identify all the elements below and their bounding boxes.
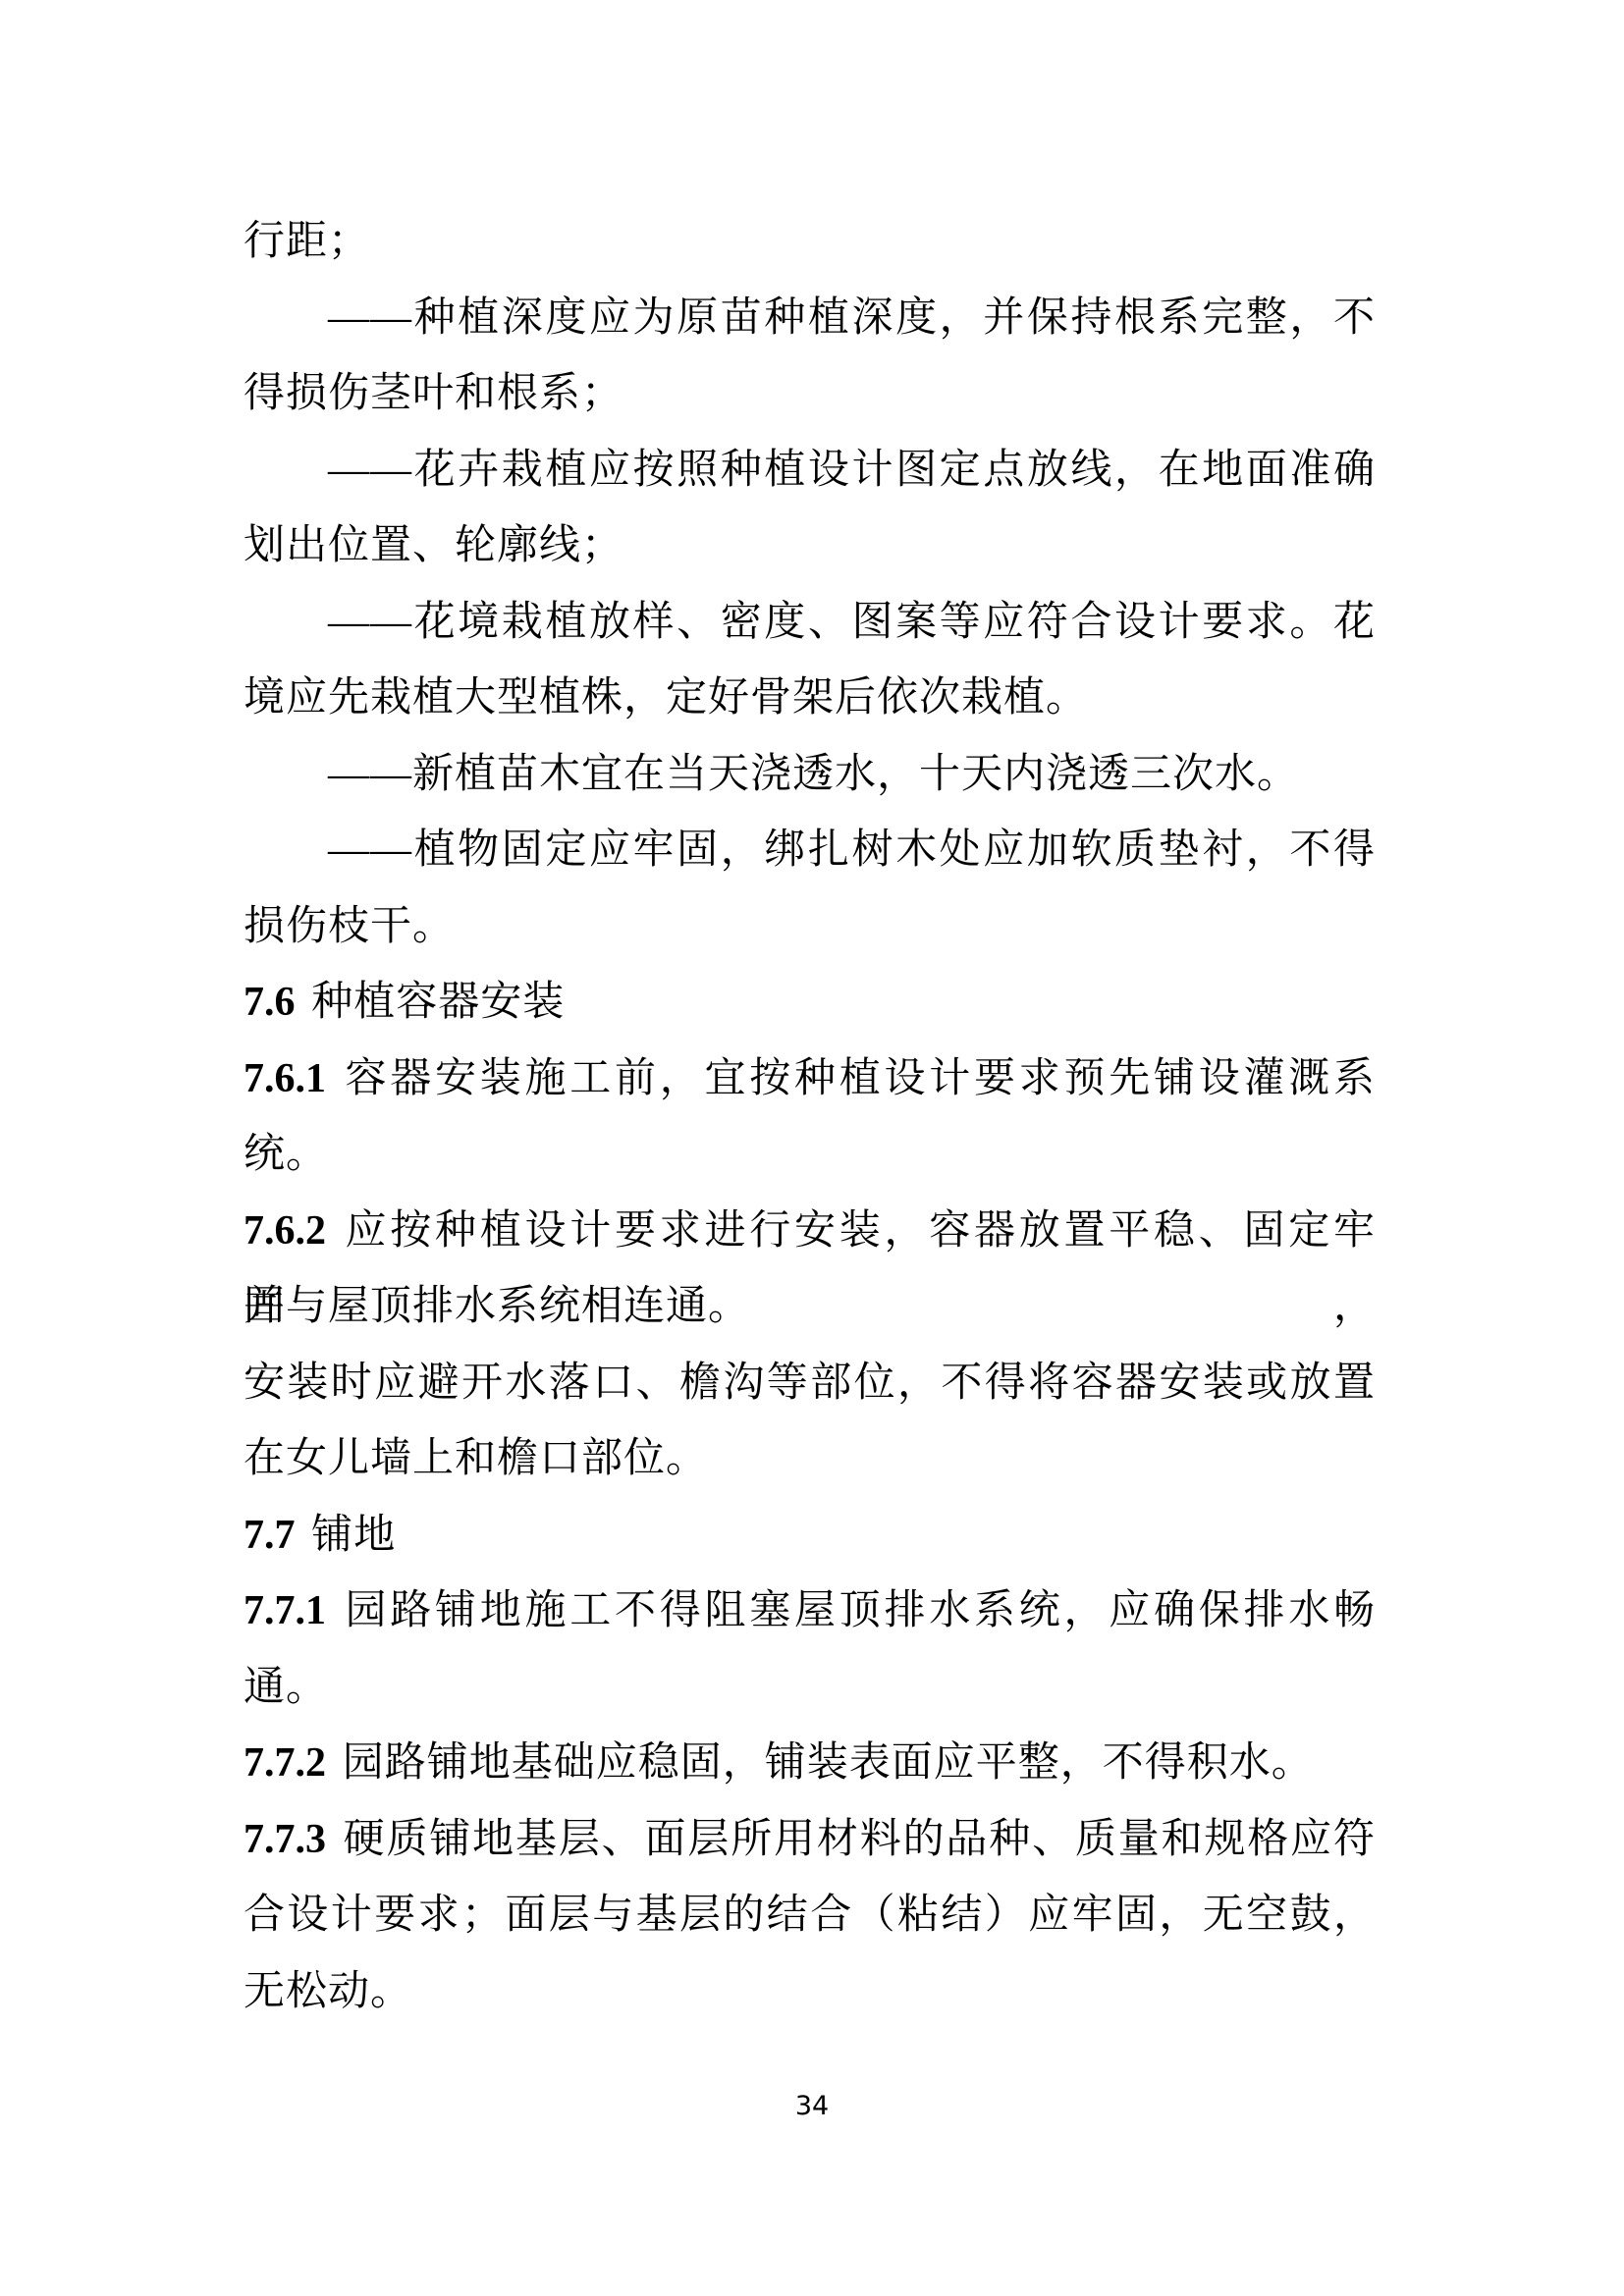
body-text-line: ——植物固定应牢固，绑扎树木处应加软质垫衬，不得 (244, 813, 1376, 889)
line-text: 行距； (244, 219, 370, 264)
body-text-line: ——新植苗木宜在当天浇透水，十天内浇透三次水。 (244, 737, 1376, 814)
line-text: 园路铺地施工不得阻塞屋顶排水系统，应确保排水畅 (343, 1588, 1376, 1633)
body-text-line: 行距； (244, 204, 1376, 281)
body-text-line: ——种植深度应为原苗种植深度，并保持根系完整，不 (244, 281, 1376, 357)
line-text: 得损伤茎叶和根系； (244, 371, 623, 416)
page-number: 34 (0, 2091, 1624, 2122)
body-text-line: 得损伤茎叶和根系； (244, 356, 1376, 433)
body-text-line: 划出位置、轮廓线； (244, 508, 1376, 585)
line-text: ——花卉栽植应按照种植设计图定点放线，在地面准确 (328, 448, 1376, 493)
line-text: 合设计要求；面层与基层的结合（粘结）应牢固，无空鼓， (244, 1893, 1376, 1938)
line-text: 无松动。 (244, 1969, 412, 2014)
document-text-block: 行距； ——种植深度应为原苗种植深度，并保持根系完整，不 得损伤茎叶和根系； —… (244, 204, 1376, 2030)
clause-number: 7.7.2 (244, 1740, 326, 1786)
clause-text-line: 7.7.1园路铺地施工不得阻塞屋顶排水系统，应确保排水畅 (244, 1574, 1376, 1650)
line-text: ——新植苗木宜在当天浇透水，十天内浇透三次水。 (328, 752, 1299, 797)
body-text-line: ——花卉栽植应按照种植设计图定点放线，在地面准确 (244, 433, 1376, 509)
body-text-line: 无松动。 (244, 1954, 1376, 2031)
clause-text-line: 7.7.2园路铺地基础应稳固，铺装表面应平整，不得积水。 (244, 1726, 1376, 1802)
line-text: 园路铺地基础应稳固，铺装表面应平整，不得积水。 (343, 1740, 1314, 1786)
body-text-line: 通。 (244, 1650, 1376, 1727)
clause-text-line: 7.7.3硬质铺地基层、面层所用材料的品种、质量和规格应符 (244, 1802, 1376, 1879)
line-text: 通。 (244, 1665, 328, 1710)
heading-text: 种植容器安装 (311, 980, 565, 1025)
line-text: 损伤枝干。 (244, 904, 455, 949)
clause-number: 7.6.1 (244, 1056, 326, 1101)
document-page: 行距； ——种植深度应为原苗种植深度，并保持根系完整，不 得损伤茎叶和根系； —… (0, 0, 1624, 2296)
line-text: 容器安装施工前，宜按种植设计要求预先铺设灌溉系 (343, 1056, 1376, 1101)
line-text: 并与屋顶排水系统相连通。 (244, 1284, 750, 1329)
line-text: ——种植深度应为原苗种植深度，并保持根系完整，不 (328, 295, 1376, 341)
line-text: 统。 (244, 1132, 328, 1177)
clause-number: 7.7 (244, 1513, 296, 1558)
clause-number: 7.6.2 (244, 1208, 326, 1254)
body-text-line: 损伤枝干。 (244, 889, 1376, 966)
clause-text-line: 7.6.1容器安装施工前，宜按种植设计要求预先铺设灌溉系 (244, 1041, 1376, 1118)
line-text: 在女儿墙上和檐口部位。 (244, 1436, 708, 1481)
body-text-line: 在女儿墙上和檐口部位。 (244, 1421, 1376, 1498)
section-heading-7-7: 7.7铺地 (244, 1498, 1376, 1575)
line-text: 划出位置、轮廓线； (244, 523, 623, 568)
clause-number: 7.7.3 (244, 1817, 326, 1862)
section-heading-7-6: 7.6种植容器安装 (244, 965, 1376, 1041)
line-text: ——花境栽植放样、密度、图案等应符合设计要求。花 (328, 600, 1376, 645)
body-text-line: 统。 (244, 1117, 1376, 1194)
line-text: 硬质铺地基层、面层所用材料的品种、质量和规格应符 (343, 1817, 1376, 1862)
clause-number: 7.7.1 (244, 1588, 326, 1633)
body-text-line: ——花境栽植放样、密度、图案等应符合设计要求。花 (244, 585, 1376, 662)
line-text: 境应先栽植大型植株，定好骨架后依次栽植。 (244, 675, 1088, 721)
body-text-line: 合设计要求；面层与基层的结合（粘结）应牢固，无空鼓， (244, 1878, 1376, 1954)
line-text: ——植物固定应牢固，绑扎树木处应加软质垫衬，不得 (328, 828, 1376, 873)
body-text-line: 安装时应避开水落口、檐沟等部位，不得将容器安装或放置 (244, 1346, 1376, 1422)
clause-text-line: 7.6.2应按种植设计要求进行安装，容器放置平稳、固定牢固， (244, 1194, 1376, 1270)
line-text: 安装时应避开水落口、檐沟等部位，不得将容器安装或放置 (244, 1361, 1376, 1406)
body-text-line: 境应先栽植大型植株，定好骨架后依次栽植。 (244, 661, 1376, 737)
heading-text: 铺地 (311, 1513, 396, 1558)
clause-number: 7.6 (244, 980, 296, 1025)
